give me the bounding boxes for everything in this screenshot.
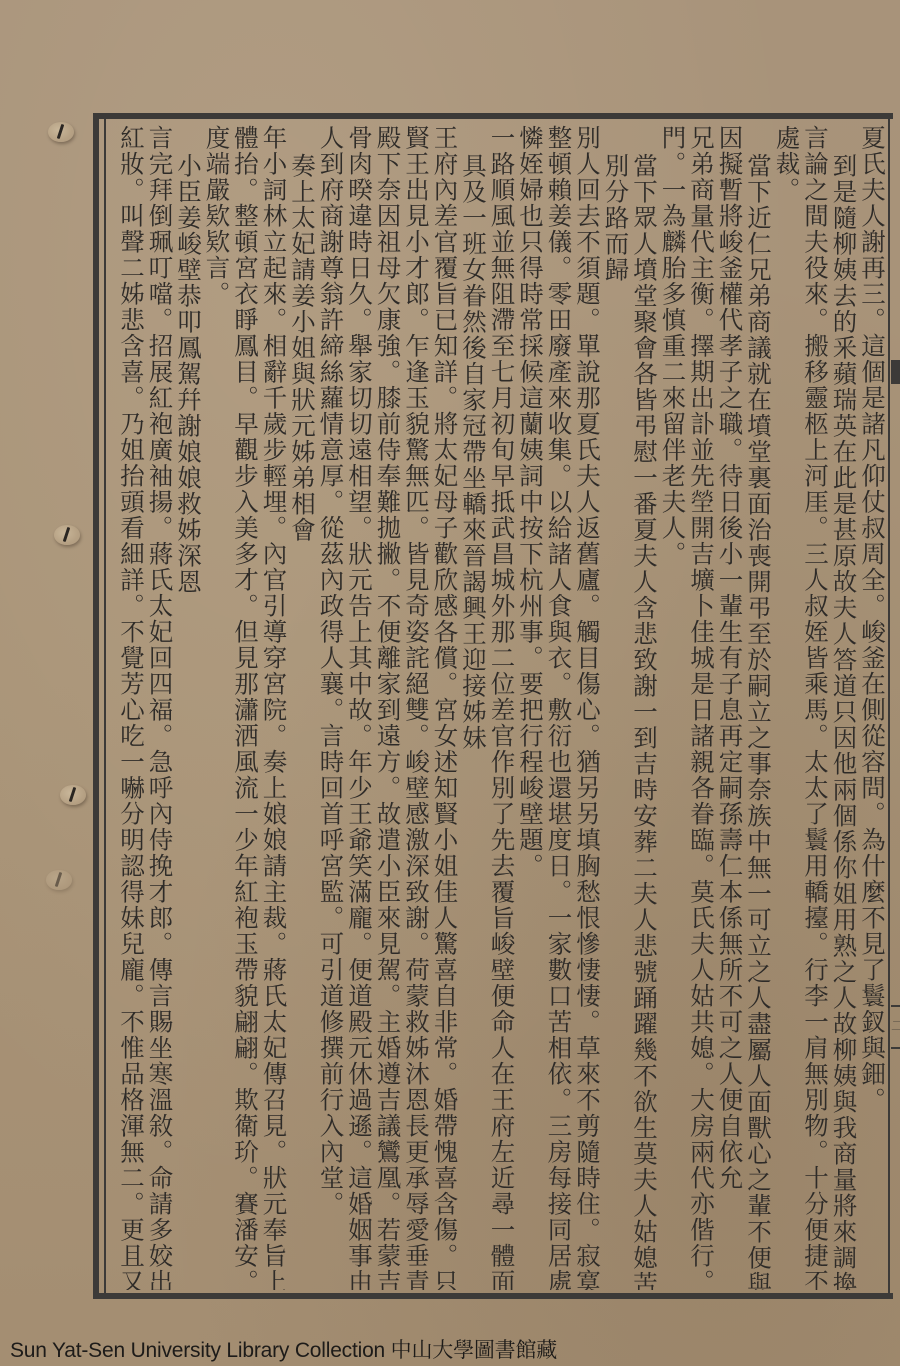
text-column-5: 當下近仁兄弟商議就在墳堂裏面治喪開弔至於嗣立之事奈族中無一可立之人盡屬人面獸心之… xyxy=(744,125,773,1290)
text-column-12: 整頓賴姜儀。零田廢產來收集。以給諸人食與衣。敷衍也還堪度日。一家數口苦相依。三房… xyxy=(544,125,573,1290)
binding-hole-3 xyxy=(60,785,86,805)
text-column-6: 因擬暫將峻釜權代孝子之職。待日後小一輩生有子息再定嗣孫壽仁本係無所不可之人便自依… xyxy=(715,125,744,1290)
text-column-19: 骨肉暌違時日久。舉家切切遠相望。狀元告上其中故。年少王爺笑滿龐。便道殿元休過遜。… xyxy=(345,125,374,1290)
text-column-9: 當下眾人墳堂聚會各皆弔慰一番夏夫人含悲致謝一到吉時安葬二夫人悲號踊躍幾不欲生莫夫… xyxy=(630,125,659,1290)
text-column-7: 兄弟商量代主衡。擇期出訃並先塋開吉壙卜佳城是日諸親各眷臨。莫氏夫人姑共媳。大房兩… xyxy=(687,125,716,1290)
text-column-4: 處裁。 xyxy=(772,125,801,1290)
page-border-inner-line xyxy=(104,119,107,1293)
text-column-22: 年小詞林立起來。相辭千歲步輕埋。內官引導穿宮院。奏上娘娘請主裁。蔣氏太妃傳召見。… xyxy=(259,125,288,1290)
text-column-1: 夏氏夫人謝再三。這個是諸凡仰仗叔周全。峻釜在側從容問。為什麼不見了鬟釵與鈿。 xyxy=(858,125,887,1290)
text-column-3: 言論之間夫役來。搬移靈柩上河厓。三人叔姪皆乘馬。太太了鬟用轎擡。行李一肩無別物。… xyxy=(801,125,830,1290)
text-column-25: 小臣姜峻壁恭叩鳳駕幷謝娘娘救姊深恩 xyxy=(174,125,203,1290)
library-watermark: Sun Yat-Sen University Library Collectio… xyxy=(10,1334,557,1364)
text-column-15: 具及一班女眷然後自家冠帶坐轎來晉謁興王迎接姊妹 xyxy=(459,125,488,1290)
text-column-18: 殿下奈因祖母欠康強。膝前侍奉難拋撇。不便離家到遠方。故遣小臣來見駕。主婚遵吉議鸞… xyxy=(373,125,402,1290)
binding-hole-4 xyxy=(46,870,72,890)
text-column-24: 度端嚴欵欵言。 xyxy=(202,125,231,1290)
text-column-20: 人到府商謝尊翁許締絲蘿情意厚。從茲內政得人襄。言時回首呼宮監。可引道修撰前行入內… xyxy=(316,125,345,1290)
text-column-10: 別分路而歸 xyxy=(601,125,630,1290)
binding-hole-2 xyxy=(54,525,80,545)
text-column-13: 憐姪婦也只得時常採候這蘭姨詞中按下杭州事。要把行程峻壁題。 xyxy=(516,125,545,1290)
text-column-27: 紅妝。叫聲二姊悲含喜。乃姐抬頭看細詳。不覺芳心吃一嚇分明認得妹兒龐。不惟品格渾無… xyxy=(117,125,146,1290)
text-column-8: 門。一為麟胎多慎重二來留伴老夫人。 xyxy=(658,125,687,1290)
fold-column-line xyxy=(888,113,890,1299)
binding-hole-1 xyxy=(48,122,74,142)
text-column-16: 王府內差官覆旨已知詳。將太妃母子歡欣感各償。宮女述知賢小姐佳人驚喜自非常。婚帶愧… xyxy=(430,125,459,1290)
fold-column-fishtail-mark xyxy=(891,360,900,384)
text-column-17: 賢王出見小才郎。乍逢玉貌驚無匹。皆見奇姿詫絕雙。峻壁感激深致謝。荷蒙救姊沐恩長更… xyxy=(402,125,431,1290)
text-column-21: 奏上太妃請姜小姐與狀元姊弟相會 xyxy=(288,125,317,1290)
text-column-14: 一路順風並無阻滯至七月初旬早抵武昌城外那二位差官作別了先去覆旨峻壁便命人在王府左… xyxy=(487,125,516,1290)
vertical-text-body: 夏氏夫人謝再三。這個是諸凡仰仗叔周全。峻釜在側從容問。為什麼不見了鬟釵與鈿。 到… xyxy=(110,125,886,1290)
text-column-2: 到是隨柳姨去的釆蘋瑞英在此是甚原故夫人答道只因他兩個係你姐用熟之人故柳姨與我商量… xyxy=(829,125,858,1290)
page-number-fold-mark: 二十五 xyxy=(891,1005,900,1049)
text-column-26: 言完拜倒珮叮噹。招展紅袍廣袖揚。蔣氏太妃回四福。急呼內侍挽才郎。傳言賜坐寒溫敘。… xyxy=(145,125,174,1290)
text-column-11: 別人回去不須題。單說那夏氏夫人返舊廬。觸目傷心。猶另另填胸愁恨慘悽悽。草來不剪隨… xyxy=(573,125,602,1290)
text-column-23: 體抬。整頓宮衣睜鳳目。早觀步入美多才。但見那瀟洒風流一少年紅袍玉帶貌翩翩。欺衛玠… xyxy=(231,125,260,1290)
